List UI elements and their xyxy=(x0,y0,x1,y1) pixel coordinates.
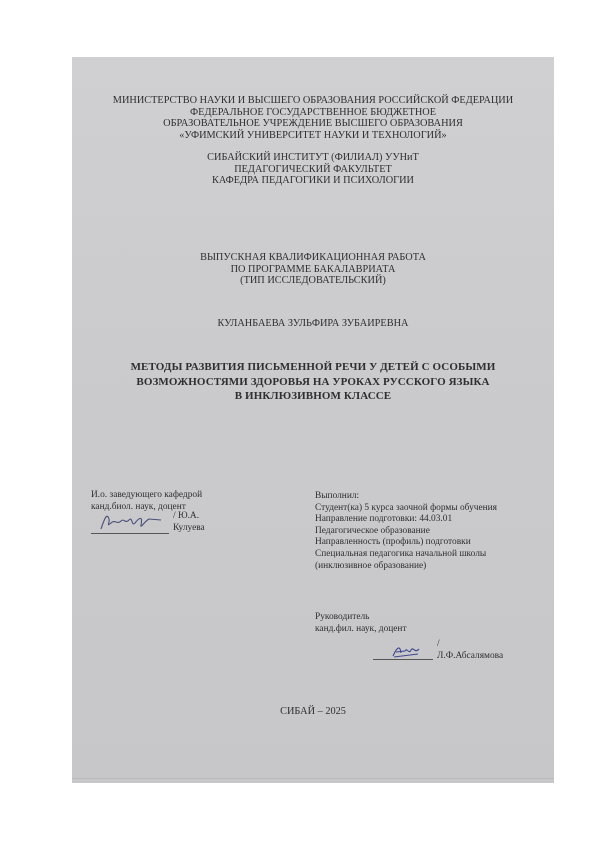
head-of-department-block: И.о. заведующего кафедрой канд.биол. нау… xyxy=(91,490,202,535)
head-signature-row: / Ю.А. Кулуева xyxy=(91,515,202,535)
header-line: МИНИСТЕРСТВО НАУКИ И ВЫСШЕГО ОБРАЗОВАНИЯ… xyxy=(72,95,554,107)
work-type-line: ПО ПРОГРАММЕ БАКАЛАВРИАТА xyxy=(72,264,554,276)
department-line: КАФЕДРА ПЕДАГОГИКИ И ПСИХОЛОГИИ xyxy=(72,175,554,187)
city-year: СИБАЙ – 2025 xyxy=(72,706,554,717)
title-line: МЕТОДЫ РАЗВИТИЯ ПИСЬМЕННОЙ РЕЧИ У ДЕТЕЙ … xyxy=(72,360,554,375)
head-name: / Ю.А. Кулуева xyxy=(173,511,205,534)
header-line: ОБРАЗОВАТЕЛЬНОЕ УЧРЕЖДЕНИЕ ВЫСШЕГО ОБРАЗ… xyxy=(72,118,554,130)
header-line: «УФИМСКИЙ УНИВЕРСИТЕТ НАУКИ И ТЕХНОЛОГИЙ… xyxy=(72,130,554,142)
supervisor-name: / Л.Ф.Абсалямова xyxy=(437,639,503,662)
work-type-block: ВЫПУСКНАЯ КВАЛИФИКАЦИОННАЯ РАБОТА ПО ПРО… xyxy=(72,252,554,287)
title-line: В ИНКЛЮЗИВНОМ КЛАССЕ xyxy=(72,389,554,404)
signature-icon xyxy=(391,643,421,659)
supervisor-degree: канд.фил. наук, доцент xyxy=(315,624,433,636)
faculty-line: ПЕДАГОГИЧЕСКИЙ ФАКУЛЬТЕТ xyxy=(72,164,554,176)
supervisor-label: Руководитель xyxy=(315,612,433,624)
author-name: КУЛАНБАЕВА ЗУЛЬФИРА ЗУБАИРЕВНА xyxy=(72,318,554,329)
performer-line: Направленность (профиль) подготовки xyxy=(315,537,497,549)
work-type-line: (ТИП ИССЛЕДОВАТЕЛЬСКИЙ) xyxy=(72,275,554,287)
work-type-line: ВЫПУСКНАЯ КВАЛИФИКАЦИОННАЯ РАБОТА xyxy=(72,252,554,264)
performer-line: (инклюзивное образование) xyxy=(315,561,497,573)
ministry-header: МИНИСТЕРСТВО НАУКИ И ВЫСШЕГО ОБРАЗОВАНИЯ… xyxy=(72,95,554,141)
institute-line: СИБАЙСКИЙ ИНСТИТУТ (ФИЛИАЛ) УУНиТ xyxy=(72,152,554,164)
performer-label: Выполнил: xyxy=(315,491,497,503)
title-page: МИНИСТЕРСТВО НАУКИ И ВЫСШЕГО ОБРАЗОВАНИЯ… xyxy=(72,57,554,783)
performer-line: Педагогическое образование xyxy=(315,526,497,538)
supervisor-block: Руководитель канд.фил. наук, доцент / Л.… xyxy=(315,612,433,663)
performer-block: Выполнил: Студент(ка) 5 курса заочной фо… xyxy=(315,491,497,572)
performer-line: Студент(ка) 5 курса заочной формы обучен… xyxy=(315,503,497,515)
performer-line: Специальная педагогика начальной школы xyxy=(315,549,497,561)
signature-icon xyxy=(97,511,163,533)
header-line: ФЕДЕРАЛЬНОЕ ГОСУДАРСТВЕННОЕ БЮДЖЕТНОЕ xyxy=(72,107,554,119)
title-line: ВОЗМОЖНОСТЯМИ ЗДОРОВЬЯ НА УРОКАХ РУССКОГ… xyxy=(72,375,554,390)
head-position: И.о. заведующего кафедрой xyxy=(91,490,202,502)
thesis-title: МЕТОДЫ РАЗВИТИЯ ПИСЬМЕННОЙ РЕЧИ У ДЕТЕЙ … xyxy=(72,360,554,404)
performer-line: Направление подготовки: 44.03.01 xyxy=(315,514,497,526)
supervisor-signature-row: / Л.Ф.Абсалямова xyxy=(315,643,433,663)
institute-block: СИБАЙСКИЙ ИНСТИТУТ (ФИЛИАЛ) УУНиТ ПЕДАГО… xyxy=(72,152,554,187)
